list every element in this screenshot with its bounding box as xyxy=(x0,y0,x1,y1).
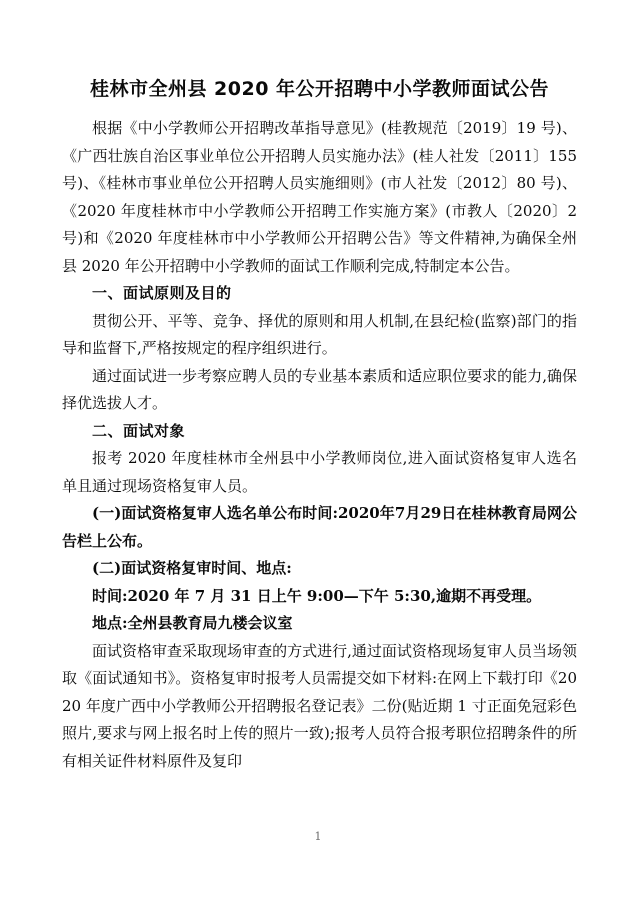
document-content: 桂林市全州县 2020 年公开招聘中小学教师面试公告 根据《中小学教师公开招聘改… xyxy=(62,76,577,775)
paragraph-principles-1: 贯彻公开、平等、竞争、择优的原则和用人机制,在县纪检(监察)部门的指导和监督下,… xyxy=(62,308,577,363)
document-title: 桂林市全州县 2020 年公开招聘中小学教师面试公告 xyxy=(62,76,577,102)
section-heading-interview-principles: 一、面试原则及目的 xyxy=(62,280,577,308)
paragraph-shortlist-announcement: (一)面试资格复审人选名单公布时间:2020年7月29日在桂林教育局网公告栏上公… xyxy=(62,500,577,555)
paragraph-targets: 报考 2020 年度桂林市全州县中小学教师岗位,进入面试资格复审人选名单且通过现… xyxy=(62,445,577,500)
paragraph-basis: 根据《中小学教师公开招聘改革指导意见》(桂教规范〔2019〕19 号)、《广西壮… xyxy=(62,115,577,280)
paragraph-principles-2: 通过面试进一步考察应聘人员的专业基本素质和适应职位要求的能力,确保择优选拔人才。 xyxy=(62,363,577,418)
document-page: 桂林市全州县 2020 年公开招聘中小学教师面试公告 根据《中小学教师公开招聘改… xyxy=(0,0,636,900)
paragraph-review-place: 地点:全州县教育局九楼会议室 xyxy=(62,610,577,638)
section-heading-interview-targets: 二、面试对象 xyxy=(62,418,577,446)
paragraph-review-time-place-heading: (二)面试资格复审时间、地点: xyxy=(62,555,577,583)
paragraph-review-materials: 面试资格审查采取现场审查的方式进行,通过面试资格现场复审人员当场领取《面试通知书… xyxy=(62,638,577,776)
paragraph-review-time: 时间:2020 年 7 月 31 日上午 9:00—下午 5:30,逾期不再受理… xyxy=(62,583,577,611)
page-number: 1 xyxy=(0,830,636,844)
